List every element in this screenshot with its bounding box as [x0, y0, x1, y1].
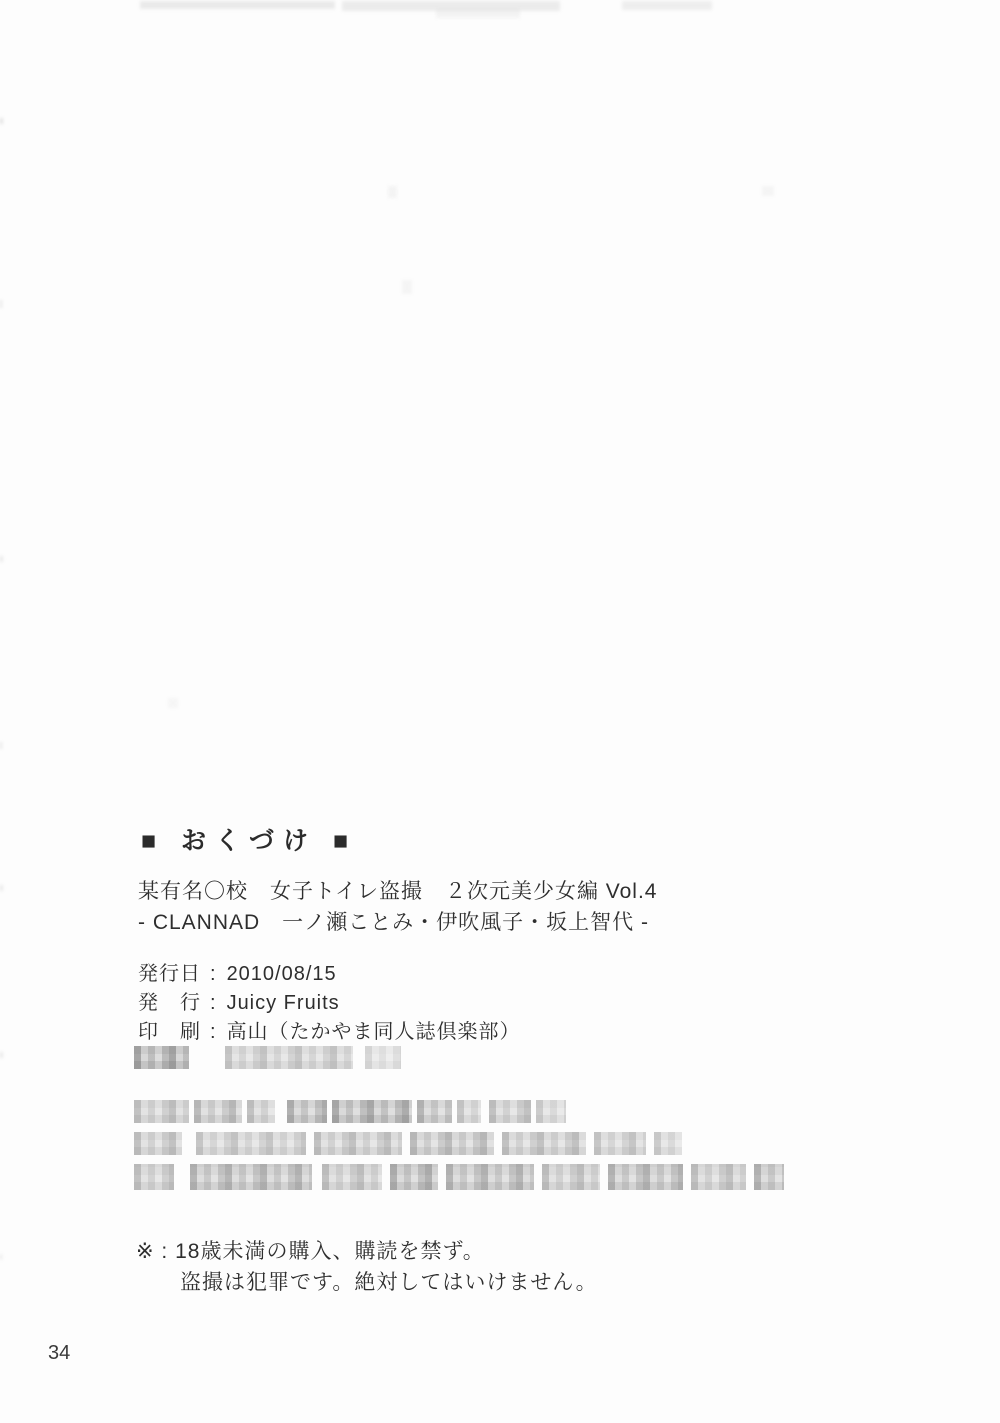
publication-date-row: 発行日:2010/08/15	[138, 960, 521, 989]
censored-line-1	[134, 1046, 834, 1069]
scan-artifact	[342, 1, 560, 11]
censored-text-block	[314, 1132, 402, 1155]
scan-artifact	[388, 186, 397, 198]
censored-text-block	[247, 1100, 275, 1123]
scan-artifact	[0, 1254, 2, 1260]
scan-artifact	[402, 280, 412, 294]
censored-text-block	[134, 1132, 182, 1155]
title-line-1: 某有名〇校 女子トイレ盗撮 ２次元美少女編 Vol.4	[138, 876, 658, 907]
colophon-header: ■ おくづけ ■	[141, 821, 357, 857]
scanned-colophon-page: ■ おくづけ ■ 某有名〇校 女子トイレ盗撮 ２次元美少女編 Vol.4 - C…	[0, 0, 1000, 1423]
censored-text-block	[322, 1164, 382, 1190]
censored-text-block	[536, 1100, 566, 1123]
censored-text-block	[134, 1100, 189, 1123]
detail-value: Juicy Fruits	[227, 992, 340, 1014]
censored-text-block	[754, 1164, 784, 1190]
censored-text-block	[446, 1164, 534, 1190]
detail-value: 高山（たかやま同人誌倶楽部）	[227, 1021, 521, 1043]
age-warning: ※ : 18歳未満の購入、購読を禁ず。 盗撮は犯罪です。絶対してはいけません。	[136, 1236, 598, 1298]
censored-text-block	[654, 1132, 682, 1155]
censored-text-block	[287, 1100, 327, 1123]
scan-artifact	[0, 1052, 3, 1058]
censored-text-block	[365, 1046, 401, 1069]
printer-row: 印 刷:高山（たかやま同人誌倶楽部）	[138, 1018, 521, 1047]
scan-artifact	[762, 186, 774, 196]
censored-line-2	[134, 1100, 834, 1123]
scan-artifact	[0, 300, 2, 308]
scan-artifact	[140, 1, 335, 9]
detail-label: 印 刷	[138, 1018, 204, 1047]
scan-artifact	[0, 885, 3, 891]
censored-text-block	[194, 1100, 242, 1123]
scan-artifact	[0, 556, 3, 562]
page-number: 34	[48, 1342, 70, 1365]
detail-separator: :	[204, 1018, 227, 1047]
warning-line-1: ※ : 18歳未満の購入、購読を禁ず。	[136, 1236, 598, 1267]
censored-text-block	[608, 1164, 683, 1190]
title-line-2: - CLANNAD 一ノ瀬ことみ・伊吹風子・坂上智代 -	[138, 907, 658, 938]
censored-text-block	[332, 1100, 412, 1123]
censored-text-block	[196, 1132, 306, 1155]
publication-details: 発行日:2010/08/15 発 行:Juicy Fruits 印 刷:高山（た…	[138, 960, 521, 1047]
warning-line-2: 盗撮は犯罪です。絶対してはいけません。	[136, 1267, 598, 1298]
censored-text-block	[691, 1164, 746, 1190]
censored-text-block	[134, 1164, 174, 1190]
censored-line-3	[134, 1132, 834, 1155]
publication-title: 某有名〇校 女子トイレ盗撮 ２次元美少女編 Vol.4 - CLANNAD 一ノ…	[138, 876, 658, 938]
detail-separator: :	[204, 989, 227, 1018]
detail-separator: :	[204, 960, 227, 989]
censored-contact-info	[134, 1046, 834, 1190]
censored-text-block	[390, 1164, 438, 1190]
scan-artifact	[622, 1, 712, 10]
censored-text-block	[457, 1100, 481, 1123]
censored-text-block	[489, 1100, 531, 1123]
scan-artifact	[0, 742, 2, 749]
detail-label: 発行日	[138, 960, 204, 989]
scan-artifact	[0, 118, 3, 124]
censored-line-4	[134, 1164, 834, 1190]
detail-value: 2010/08/15	[227, 963, 337, 985]
censored-text-block	[502, 1132, 586, 1155]
detail-label: 発 行	[138, 989, 204, 1018]
censored-text-block	[410, 1132, 494, 1155]
scan-artifact	[168, 698, 178, 708]
censored-text-block	[594, 1132, 646, 1155]
censored-text-block	[542, 1164, 600, 1190]
censored-text-block	[134, 1046, 189, 1069]
censored-text-block	[190, 1164, 312, 1190]
publisher-row: 発 行:Juicy Fruits	[138, 989, 521, 1018]
censored-text-block	[225, 1046, 353, 1069]
scan-artifact	[436, 9, 520, 18]
censored-text-block	[417, 1100, 452, 1123]
